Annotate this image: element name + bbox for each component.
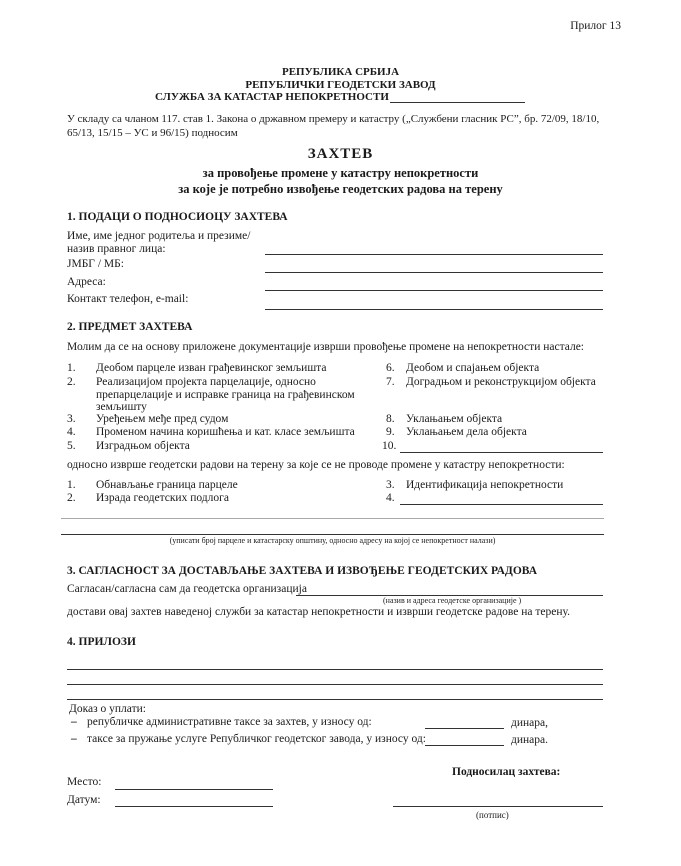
field-label-name: Име, име једног родитеља и презиме/ [67,230,250,242]
option-partial-removal[interactable]: Уклањањем дела објекта [406,426,527,438]
item-number: 6. [386,362,395,374]
dash-icon: – [71,716,77,728]
currency-label: динара, [511,717,548,729]
date-field[interactable] [115,806,273,807]
item-number: 3. [67,413,76,425]
document-subtitle-1: за провођење промене у катастру непокрет… [0,166,681,181]
option-parcelation-project-3: земљишту [96,401,147,413]
document-title: ЗАХТЕВ [0,146,681,163]
item-number: 2. [67,376,76,388]
preamble-line2: 65/13, 15/15 – УС и 96/15) подносим [67,127,238,139]
item-number: 9. [386,426,395,438]
option-boundary-renewal[interactable]: Обнављање граница парцеле [96,479,238,491]
document-subtitle-2: за које је потребно извођење геодетских … [0,182,681,197]
org-note: (назив и адреса геодетске организације ) [383,596,521,605]
dash-icon: – [71,733,77,745]
header-institute: РЕПУБЛИЧКИ ГЕОДЕТСКИ ЗАВОД [0,79,681,91]
jmbg-field[interactable] [265,272,603,273]
service-fee-amount-field[interactable] [425,745,504,746]
option-extension[interactable]: Доградњом и реконструкцијом објекта [406,376,596,388]
place-label: Место: [67,776,101,788]
signature-note: (потпис) [476,810,509,820]
option-boundary-court[interactable]: Уређењем међе пред судом [96,413,228,425]
section1-heading: 1. ПОДАЦИ О ПОДНОСИОЦУ ЗАХТЕВА [67,211,288,223]
field-label-contact: Контакт телефон, e-mail: [67,293,188,305]
contact-field[interactable] [265,309,603,310]
option-object-removal[interactable]: Уклањањем објекта [406,413,502,425]
item-number: 10. [382,440,396,452]
payment-label: Доказ о уплати: [69,703,146,715]
item-number: 1. [67,362,76,374]
applicant-label: Подносилац захтева: [452,766,560,778]
header-republic: РЕПУБЛИКА СРБИЈА [0,66,681,78]
payment-admin-fee-label: републичке административне таксе за захт… [87,716,372,728]
option-object-division[interactable]: Деобом и спајањем објекта [406,362,539,374]
section2-intro: Молим да се на основу приложене документ… [67,341,584,353]
item-number: 1. [67,479,76,491]
option-parcel-division[interactable]: Деобом парцеле изван грађевинског земљиш… [96,362,326,374]
item-number: 3. [386,479,395,491]
item-number: 7. [386,376,395,388]
section4-heading: 4. ПРИЛОЗИ [67,636,136,648]
attachment-field-2[interactable] [67,684,603,685]
consent-text-2: достави овај захтев наведеној служби за … [67,606,570,618]
field-label-name-2: назив правног лица: [67,243,166,255]
field-label-jmbg: ЈМБГ / МБ: [67,258,124,270]
annex-number: Прилог 13 [570,20,621,32]
admin-fee-amount-field[interactable] [425,728,504,729]
signature-field[interactable] [393,806,603,807]
option-construction[interactable]: Изградњом објекта [96,440,190,452]
payment-service-fee-label: таксе за пружање услуге Републичког геод… [87,733,426,745]
address-field[interactable] [265,290,603,291]
currency-label: динара. [511,734,548,746]
other-option-field[interactable] [400,452,603,453]
item-number: 2. [67,492,76,504]
field-label-address: Адреса: [67,276,106,288]
location-field-2[interactable] [61,534,604,535]
preamble-line1: У складу са чланом 117. став 1. Закона о… [67,113,599,125]
option-parcelation-project[interactable]: Реализацијом пројекта парцелације, однос… [96,376,316,388]
place-field[interactable] [115,789,273,790]
other-work-field[interactable] [400,504,603,505]
option-parcelation-project-2: препарцелације и исправке граница на гра… [96,389,355,401]
item-number: 4. [67,426,76,438]
header-service: СЛУЖБА ЗА КАТАСТАР НЕПОКРЕТНОСТИ [155,91,389,103]
option-land-use-change[interactable]: Променом начина коришћења и кат. класе з… [96,426,355,438]
option-identification[interactable]: Идентификација непокретности [406,479,563,491]
consent-text: Сагласан/сагласна сам да геодетска орган… [67,583,307,595]
item-number: 5. [67,440,76,452]
section2-heading: 2. ПРЕДМЕТ ЗАХТЕВА [67,321,192,333]
section3-heading: 3. САГЛАСНОСТ ЗА ДОСТАВЉАЊЕ ЗАХТЕВА И ИЗ… [67,565,537,577]
service-name-field[interactable] [390,102,525,103]
applicant-name-field[interactable] [265,254,603,255]
location-field-1[interactable] [61,518,604,519]
attachment-field-3[interactable] [67,699,603,700]
location-note: (уписати број парцеле и катастарску општ… [61,536,604,545]
option-geodetic-basis[interactable]: Израда геодетских подлога [96,492,229,504]
date-label: Датум: [67,794,101,806]
section2-intro2: односно изврше геодетски радови на терен… [67,459,565,471]
item-number: 8. [386,413,395,425]
attachment-field-1[interactable] [67,669,603,670]
item-number: 4. [386,492,395,504]
